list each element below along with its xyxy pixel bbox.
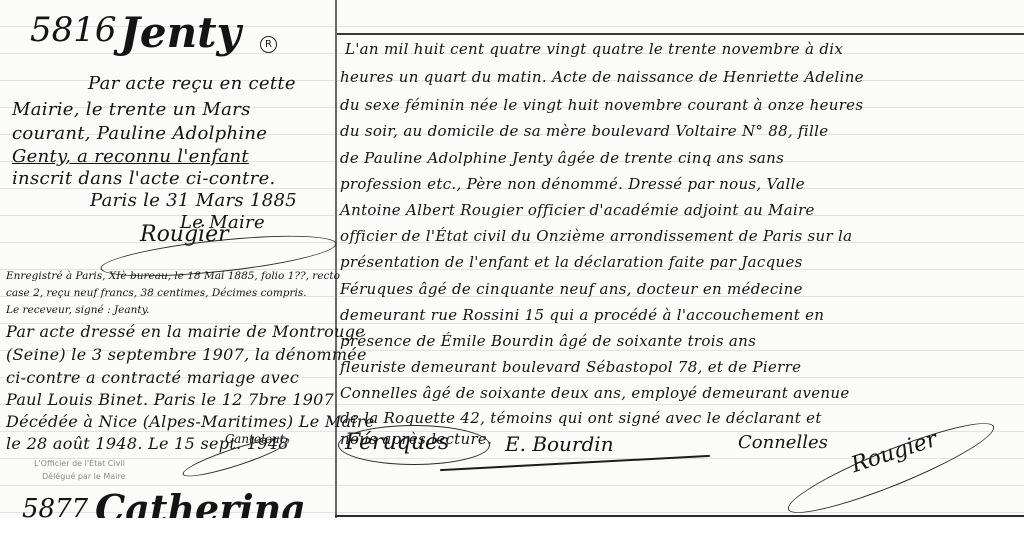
surname-heading: Jenty	[120, 8, 241, 57]
registration-line: Enregistré à Paris, XIè bureau, le 18 Ma…	[6, 270, 340, 282]
act-line: heures un quart du matin. Acte de naissa…	[340, 68, 864, 86]
column-divider	[335, 0, 337, 518]
record-number: 5816	[30, 10, 117, 50]
act-line: du soir, au domicile de sa mère boulevar…	[340, 122, 828, 140]
marriage-line: ci-contre a contracté mariage avec	[6, 368, 299, 387]
top-rule	[337, 33, 1024, 35]
margin-line: inscrit dans l'acte ci-contre.	[12, 168, 276, 189]
signature-witness-1: E. Bourdin	[505, 432, 614, 456]
marriage-line: Paul Louis Binet. Paris le 12 7bre 1907	[6, 390, 334, 409]
act-line: profession etc., Père non dénommé. Dress…	[340, 175, 805, 193]
registration-line: case 2, reçu neuf francs, 38 centimes, D…	[6, 287, 307, 299]
act-line: officier de l'État civil du Onzième arro…	[340, 227, 852, 245]
next-record-name: Catherina	[95, 486, 306, 518]
margin-date: Paris le 31 Mars 1885	[90, 190, 297, 211]
next-record-number: 5877	[22, 494, 88, 518]
stamp-line: Délégué par le Maire	[42, 472, 125, 481]
signature-witness-2: Connelles	[738, 432, 828, 453]
marriage-line: (Seine) le 3 septembre 1907, la dénommée	[6, 345, 367, 364]
act-line: fleuriste demeurant boulevard Sébastopol…	[340, 358, 801, 376]
margin-line: courant, Pauline Adolphine	[12, 123, 267, 144]
declarant-flourish	[338, 425, 490, 465]
act-line: Antoine Albert Rougier officier d'académ…	[340, 201, 815, 219]
act-line: du sexe féminin née le vingt huit novemb…	[340, 96, 863, 114]
registration-line: Le receveur, signé : Jeanty.	[6, 304, 150, 316]
circled-r-icon: R	[260, 36, 277, 53]
stamp-line: L'Officier de l'État Civil	[34, 459, 125, 468]
register-page: 5816 Jenty R Par acte reçu en cette Mair…	[0, 0, 1024, 518]
act-line: L'an mil huit cent quatre vingt quatre l…	[345, 40, 843, 58]
marriage-line: Par acte dressé en la mairie de Montroug…	[6, 322, 365, 341]
act-line: présentation de l'enfant et la déclarati…	[340, 253, 803, 271]
death-line: Décédée à Nice (Alpes-Maritimes) Le Mair…	[6, 412, 375, 431]
act-line: de Pauline Adolphine Jenty âgée de trent…	[340, 149, 784, 167]
margin-line: Genty, a reconnu l'enfant	[12, 146, 249, 167]
act-line: demeurant rue Rossini 15 qui a procédé à…	[340, 306, 824, 324]
act-line: Féruques âgé de cinquante neuf ans, doct…	[340, 280, 803, 298]
bottom-rule	[335, 515, 1024, 517]
act-line: présence de Émile Bourdin âgé de soixant…	[340, 332, 756, 350]
act-line: Connelles âgé de soixante deux ans, empl…	[340, 384, 850, 402]
margin-line: Mairie, le trente un Mars	[12, 99, 251, 120]
margin-line: Par acte reçu en cette	[88, 73, 296, 94]
